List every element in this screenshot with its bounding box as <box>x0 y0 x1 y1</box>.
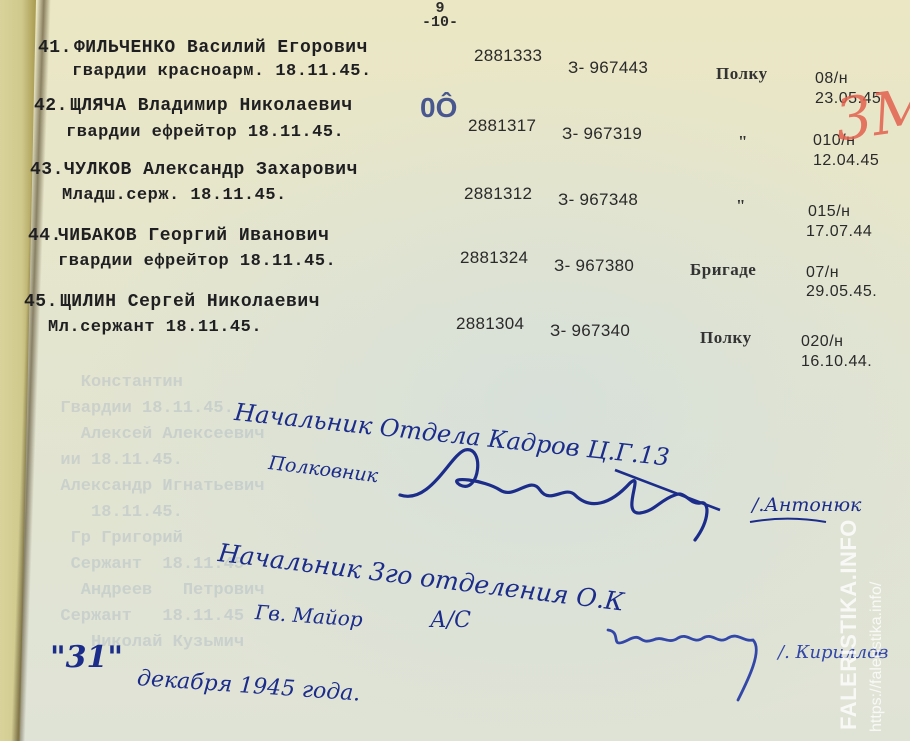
major-name: /. Кириллов <box>778 642 888 663</box>
entry-number: 43. <box>30 160 64 180</box>
entry-rank-date: Мл.сержант 18.11.45. <box>48 318 262 337</box>
entry-medal-number: З- 967340 <box>550 321 630 341</box>
entry-order-number: 07/н <box>806 264 839 282</box>
entry-name: ЩЛЯЧА Владимир Николаевич <box>70 96 353 116</box>
colonel-name-underline <box>748 516 828 526</box>
colonel-name: /.Антонюк <box>752 494 861 516</box>
entry-unit: " <box>738 132 748 152</box>
entry-order-date: 16.10.44. <box>801 353 872 371</box>
entry-unit: Полку <box>700 328 752 348</box>
ink-stamp: 0Ô <box>420 92 457 124</box>
entry-name: ЧУЛКОВ Александр Захарович <box>64 160 358 180</box>
entry-medal-number: З- 967380 <box>554 256 634 276</box>
entry-order-number: 020/н <box>801 333 843 351</box>
date-day: "31" <box>50 640 123 675</box>
page-number: 9 -10- <box>422 2 458 30</box>
entry-unit: Полку <box>716 64 768 84</box>
entry-order-date: 29.05.45. <box>806 283 877 301</box>
major-signature-scrawl <box>598 610 778 710</box>
page-number-bottom: -10- <box>422 16 458 30</box>
entry-number: 42. <box>34 96 68 116</box>
entry-rank-date: Младш.серж. 18.11.45. <box>62 186 287 205</box>
entry-rank-date: гвардии красноарм. 18.11.45. <box>72 62 372 81</box>
entry-doc-number: 2881312 <box>464 184 532 204</box>
entry-number: 44. <box>28 226 62 246</box>
entry-doc-number: 2881333 <box>474 46 542 66</box>
entry-name: ЧИБАКОВ Георгий Иванович <box>58 226 329 246</box>
entry-doc-number: 2881317 <box>468 116 536 136</box>
colonel-signature-scrawl <box>390 445 730 545</box>
entry-doc-number: 2881304 <box>456 314 524 334</box>
entry-doc-number: 2881324 <box>460 248 528 268</box>
entry-order-date: 12.04.45 <box>813 152 879 170</box>
entry-order-number: 015/н <box>808 203 850 221</box>
entry-medal-number: З- 967348 <box>558 190 638 210</box>
entry-rank-date: гвардии ефрейтор 18.11.45. <box>66 123 344 142</box>
entry-name: ЩИЛИН Сергей Николаевич <box>60 292 320 312</box>
entry-name: ФИЛЬЧЕНКО Василий Егорович <box>74 38 368 58</box>
entry-rank-date: гвардии ефрейтор 18.11.45. <box>58 252 336 271</box>
entry-medal-number: З- 967319 <box>562 124 642 144</box>
entry-unit: Бригаде <box>690 260 756 280</box>
entry-number: 45. <box>24 292 58 312</box>
entry-order-date: 17.07.44 <box>806 223 872 241</box>
red-pencil-annotation: 3М <box>831 74 910 155</box>
entry-number: 41. <box>38 38 72 58</box>
entry-unit: " <box>736 196 746 216</box>
entry-medal-number: З- 967443 <box>568 58 648 78</box>
signature-abbrev: А/С <box>430 608 471 633</box>
